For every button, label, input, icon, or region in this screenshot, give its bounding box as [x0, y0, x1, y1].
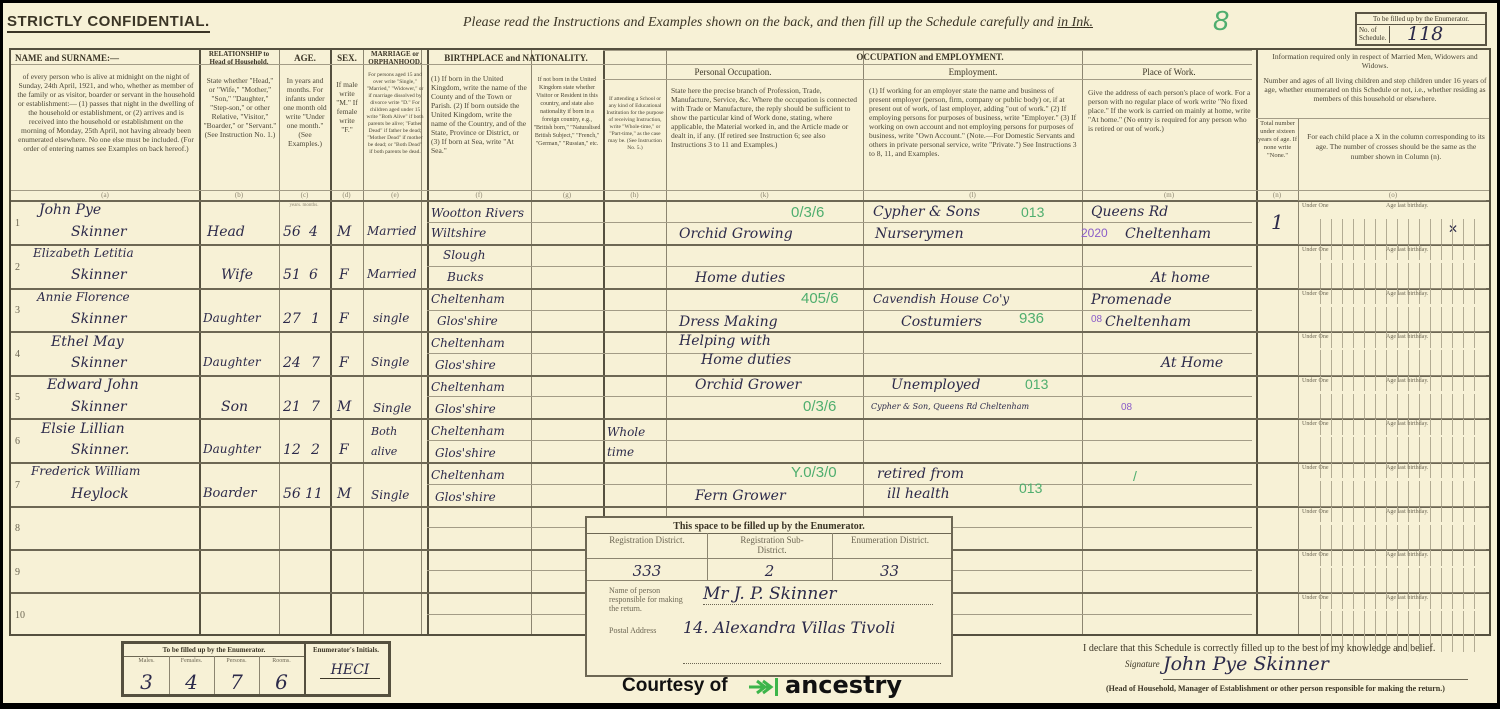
- age-last-birthday-label: Age last birthday.: [1386, 291, 1428, 298]
- employer-business: Cypher & Son, Queens Rd Cheltenham: [871, 402, 1029, 411]
- age-years: 51: [283, 267, 301, 283]
- school-attendance: Whole time: [607, 422, 657, 462]
- occupation: Fern Grower: [695, 488, 786, 504]
- schedule-no: 118: [1407, 23, 1443, 45]
- age-months: 1: [311, 311, 320, 327]
- birthplace-town: Cheltenham: [431, 424, 505, 438]
- person-first-names: Elsie Lillian: [41, 421, 125, 437]
- age-last-birthday-label: Age last birthday.: [1386, 203, 1428, 210]
- age-years: 56: [283, 224, 301, 240]
- row-number: 2: [15, 262, 20, 273]
- col-letter-o: (o): [1298, 191, 1488, 199]
- occupation-code: 0/3/6: [803, 398, 836, 415]
- age-years: 24: [283, 355, 301, 371]
- confidential-title: STRICTLY CONFIDENTIAL.: [7, 13, 210, 33]
- col-letter-g: (g): [531, 191, 603, 199]
- employer-code: 936: [1019, 310, 1044, 327]
- person-surname: Skinner.: [71, 442, 129, 458]
- relationship: Boarder: [203, 486, 257, 501]
- reg-district-value: 333: [587, 562, 707, 580]
- col-letter-b: (b): [199, 191, 279, 199]
- relationship: Wife: [221, 267, 253, 283]
- schedule-no-label: No. of Schedule.: [1359, 26, 1390, 43]
- under-one-label: Under One: [1302, 203, 1329, 210]
- col-letter-h: (h): [603, 191, 666, 199]
- place-of-work-town: At Home: [1161, 355, 1223, 371]
- col-k-body: State here the precise branch of Profess…: [671, 86, 859, 149]
- sex: F: [339, 355, 349, 371]
- enum-district-value: 33: [832, 562, 947, 580]
- row-number: 6: [15, 436, 20, 447]
- enum-district-label: Enumeration District.: [845, 535, 935, 545]
- under-one-label: Under One: [1302, 421, 1329, 428]
- age-years: 12: [283, 442, 301, 458]
- place-of-work-town: At home: [1151, 270, 1210, 286]
- col-c-body: In years and months. For infants under o…: [283, 76, 327, 148]
- occupation: Helping with: [679, 333, 771, 349]
- initials-label: Enumerator's Initials.: [306, 646, 386, 654]
- place-of-work-street: Promenade: [1091, 292, 1172, 308]
- age-months: 6: [309, 267, 318, 283]
- marriage: Single: [373, 401, 411, 415]
- under-one-label: Under One: [1302, 509, 1329, 516]
- personal-occupation-title: Personal Occupation.: [605, 67, 861, 77]
- marriage: Both alive: [371, 422, 411, 462]
- person-first-names: John Pye: [39, 202, 101, 218]
- tally-title: To be filled up by the Enumerator.: [124, 646, 304, 654]
- under-one-label: Under One: [1302, 334, 1329, 341]
- under-one-label: Under One: [1302, 378, 1329, 385]
- birthplace-county: Wiltshire: [431, 226, 486, 240]
- employer: Cypher & Sons: [873, 204, 980, 220]
- census-schedule-page: STRICTLY CONFIDENTIAL. Please read the I…: [3, 3, 1497, 703]
- col-d-body: If male write "M." If female write "F.": [333, 80, 361, 134]
- occupation-code: 0/3/6: [791, 204, 824, 221]
- occupation: Home duties: [695, 270, 785, 286]
- place-of-work-street: Queens Rd: [1091, 204, 1168, 220]
- persons-label: Persons.: [214, 658, 259, 664]
- person-first-names: Ethel May: [51, 334, 124, 350]
- under-one-label: Under One: [1302, 552, 1329, 559]
- instruction-text: Please read the Instructions and Example…: [463, 15, 1057, 30]
- occupation: Orchid Growing: [679, 226, 793, 242]
- schedule-number-box: To be filled up by the Enumerator. No. o…: [1355, 12, 1487, 46]
- birthplace-town: Wootton Rivers: [431, 206, 524, 220]
- person-first-names: Edward John: [47, 377, 139, 393]
- married-body: Number and ages of all living children a…: [1261, 76, 1489, 103]
- tally-box: To be filled up by the Enumerator. Enume…: [121, 641, 391, 697]
- employer: retired from: [877, 466, 964, 482]
- col-a-body: of every person who is alive at midnight…: [17, 72, 195, 153]
- relationship: Son: [221, 399, 248, 415]
- person-surname: Heylock: [71, 486, 129, 502]
- col-n-body: Total number under sixteen years of age.…: [1258, 120, 1297, 160]
- children-total: 1: [1271, 210, 1284, 234]
- birthplace-county: Glos'shire: [437, 314, 498, 328]
- signature-role: (Head of Household, Manager of Establish…: [1106, 684, 1445, 693]
- married-title: Information required only in respect of …: [1261, 52, 1489, 70]
- age-months: 4: [309, 224, 318, 240]
- marriage: Single: [371, 488, 409, 502]
- marriage: Single: [371, 355, 409, 369]
- age-months: 7: [311, 399, 320, 415]
- sex: M: [337, 486, 351, 502]
- sex: F: [339, 311, 349, 327]
- col-letter-c: (c): [279, 191, 330, 199]
- age-years: 27: [283, 311, 301, 327]
- reg-subdistrict-value: 2: [707, 562, 832, 580]
- marriage: Married: [367, 267, 417, 281]
- relationship: Daughter: [203, 355, 261, 369]
- col-m-body: Give the address of each person's place …: [1088, 88, 1252, 133]
- green-mark: 8: [1213, 5, 1229, 37]
- col-d-title: SEX.: [332, 53, 362, 63]
- occupation-title: OCCUPATION and EMPLOYMENT.: [605, 52, 1255, 62]
- sex: M: [337, 224, 351, 240]
- age-months: 2: [311, 442, 320, 458]
- ancestry-brand: ancestry: [785, 671, 902, 699]
- col-letter-e: (e): [363, 191, 427, 199]
- age-last-birthday-label: Age last birthday.: [1386, 552, 1428, 559]
- col-l-body: (1) If working for an employer state the…: [869, 86, 1077, 158]
- birthplace-county: Glos'shire: [435, 402, 496, 416]
- employer-code: 013: [1019, 480, 1042, 496]
- person-surname: Skinner: [71, 355, 127, 371]
- person-surname: Skinner: [71, 399, 127, 415]
- row-number: 9: [15, 567, 20, 578]
- females-label: Females.: [169, 658, 214, 664]
- birthplace-town: Cheltenham: [431, 468, 505, 482]
- place-code: 08: [1121, 402, 1132, 413]
- enumerator-initials: HECI: [320, 662, 380, 679]
- age-last-birthday-label: Age last birthday.: [1386, 509, 1428, 516]
- col-h-body: If attending a School or any kind of Edu…: [606, 96, 664, 152]
- col-e-body: For persons aged 15 and over write "Sing…: [366, 72, 424, 156]
- males-value: 3: [124, 670, 169, 694]
- relationship: Daughter: [203, 311, 261, 325]
- sex: F: [339, 267, 349, 283]
- person-first-names: Elizabeth Letitia: [33, 246, 134, 260]
- occupation-code: 405/6: [801, 290, 839, 307]
- col-f-body: (1) If born in the United Kingdom, write…: [431, 74, 529, 155]
- row-number: 5: [15, 392, 20, 403]
- employer-code: 013: [1025, 376, 1048, 392]
- row-number: 4: [15, 349, 20, 360]
- ancestry-leaf-icon: [747, 677, 781, 697]
- instruction-line: Please read the Instructions and Example…: [463, 15, 1093, 31]
- males-label: Males.: [124, 658, 169, 664]
- col-b-title: RELATIONSHIP to Head of Household.: [201, 50, 277, 66]
- person-first-names: Frederick William: [31, 464, 140, 478]
- age-years: 21: [283, 399, 301, 415]
- col-letter-a: (a): [11, 191, 199, 199]
- marriage: Married: [367, 224, 417, 238]
- occupation: Orchid Grower: [695, 377, 801, 393]
- employer-business: Nurserymen: [875, 226, 964, 242]
- row-number: 3: [15, 305, 20, 316]
- age-last-birthday-label: Age last birthday.: [1386, 247, 1428, 254]
- person-first-names: Annie Florence: [37, 290, 130, 304]
- col-c-title: AGE.: [281, 53, 329, 63]
- row-number: 1: [15, 218, 20, 229]
- postal-address: 14. Alexandra Villas Tivoli: [683, 618, 941, 637]
- employer-business: Costumiers: [901, 314, 982, 330]
- under-one-label: Under One: [1302, 291, 1329, 298]
- under-one-label: Under One: [1302, 595, 1329, 602]
- females-value: 4: [169, 670, 214, 694]
- relationship: Daughter: [203, 442, 261, 456]
- birthplace-county: Glos'shire: [435, 446, 496, 460]
- employer: Cavendish House Co'y: [873, 292, 1009, 306]
- place-of-work-town: Cheltenham: [1105, 314, 1191, 330]
- row-number: 7: [15, 480, 20, 491]
- employer: Unemployed: [891, 377, 980, 393]
- col-letter-l: (l): [863, 191, 1082, 199]
- reg-subdistrict-label: Registration Sub-District.: [727, 535, 817, 555]
- birthplace-town: Cheltenham: [431, 336, 505, 350]
- persons-value: 7: [214, 670, 259, 694]
- col-letter-n: (n): [1256, 191, 1298, 199]
- age-months: 11: [305, 486, 323, 502]
- person-surname: Skinner: [71, 267, 127, 283]
- tick-mark: /: [1133, 468, 1137, 484]
- sex: F: [339, 442, 349, 458]
- under-one-label: Under One: [1302, 465, 1329, 472]
- courtesy-text: Courtesy of: [622, 675, 728, 697]
- reg-district-label: Registration District.: [587, 535, 707, 545]
- relationship: Head: [207, 224, 245, 240]
- col-o-body: For each child place a X in the column c…: [1306, 132, 1486, 162]
- col-a-title: NAME and SURNAME:—: [15, 53, 195, 63]
- birthplace-county: Glos'shire: [435, 358, 496, 372]
- col-letter-m: (m): [1082, 191, 1256, 199]
- age-last-birthday-label: Age last birthday.: [1386, 465, 1428, 472]
- rooms-label: Rooms.: [259, 658, 304, 664]
- birthplace-town: Cheltenham: [431, 380, 505, 394]
- age-last-birthday-label: Age last birthday.: [1386, 421, 1428, 428]
- marriage: single: [373, 311, 409, 325]
- sex: M: [337, 399, 351, 415]
- age-last-birthday-label: Age last birthday.: [1386, 334, 1428, 341]
- responsible-label: Name of person responsible for making th…: [609, 586, 693, 613]
- col-g-body: If not born in the United Kingdom state …: [533, 76, 601, 148]
- birthplace-town: Cheltenham: [431, 292, 505, 306]
- birthplace-county: Bucks: [447, 270, 484, 284]
- age-years: 56: [283, 486, 301, 502]
- enumerator-box: This space to be filled up by the Enumer…: [585, 516, 953, 677]
- occupation-code: Y.0/3/0: [791, 464, 837, 481]
- instruction-ink: in Ink.: [1057, 15, 1093, 30]
- age-months: 7: [311, 355, 320, 371]
- employer-business: ill health: [887, 486, 950, 502]
- col-letter-f: (f): [427, 191, 531, 199]
- birthplace-town: Slough: [443, 248, 485, 262]
- row-number: 8: [15, 523, 20, 534]
- person-surname: Skinner: [71, 224, 127, 240]
- signature-value: John Pye Skinner: [1163, 653, 1329, 675]
- occupation-continued: Home duties: [701, 352, 791, 368]
- birthplace-title: BIRTHPLACE and NATIONALITY.: [429, 53, 603, 63]
- employment-title: Employment.: [865, 67, 1081, 77]
- employer-code: 013: [1021, 204, 1044, 220]
- rooms-value: 6: [259, 670, 304, 694]
- place-code: 2020: [1081, 226, 1108, 240]
- place-code: 08: [1091, 314, 1102, 325]
- place-of-work-town: Cheltenham: [1125, 226, 1211, 242]
- signature-label: Signature: [1125, 659, 1160, 669]
- enumerator-box-title: This space to be filled up by the Enumer…: [587, 521, 951, 532]
- col-letter-k: (k): [666, 191, 863, 199]
- age-subheader: years. months.: [279, 203, 329, 208]
- occupation: Dress Making: [679, 314, 778, 330]
- postal-address-label: Postal Address: [609, 626, 656, 635]
- row-number: 10: [15, 610, 25, 621]
- age-last-birthday-label: Age last birthday.: [1386, 378, 1428, 385]
- place-of-work-title: Place of Work.: [1084, 67, 1254, 77]
- responsible-name: Mr J. P. Skinner: [703, 584, 933, 605]
- under-one-label: Under One: [1302, 247, 1329, 254]
- birthplace-county: Glos'shire: [435, 490, 496, 504]
- person-surname: Skinner: [71, 311, 127, 327]
- age-last-birthday-label: Age last birthday.: [1386, 595, 1428, 602]
- col-letter-d: (d): [330, 191, 363, 199]
- col-b-body: State whether "Head," or "Wife," "Mother…: [203, 76, 277, 139]
- col-e-title: MARRIAGE or ORPHANHOOD.: [365, 50, 425, 66]
